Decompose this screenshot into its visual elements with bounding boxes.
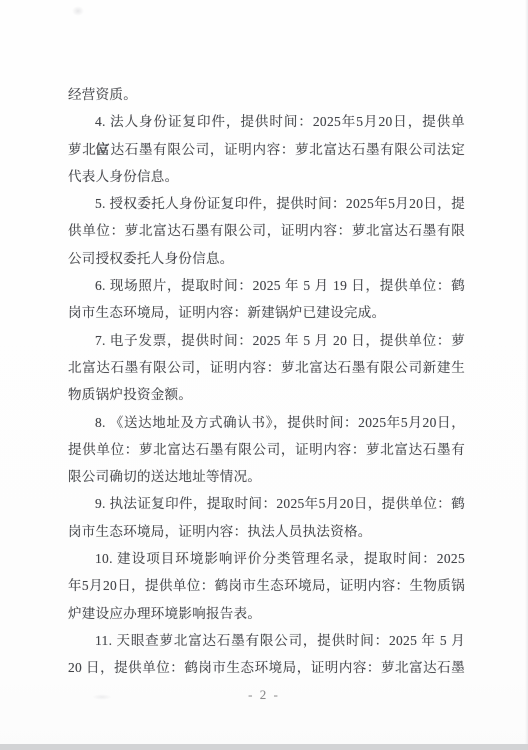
scan-artifact-top — [72, 6, 84, 16]
text-line: 提供单位：萝北富达石墨有限公司，证明内容：萝北富达石墨有 — [68, 436, 465, 463]
text-line: 炉建设应办理环境影响报告表。 — [68, 600, 465, 627]
text-line: 供单位：萝北富达石墨有限公司，证明内容：萝北富达石墨有限 — [68, 217, 465, 244]
text-line: 4. 法人身份证复印件，提供时间：2025年5月20日，提供单位： — [68, 108, 465, 135]
text-line: 5. 授权委托人身份证复印件，提供时间：2025年5月20日，提 — [68, 190, 465, 217]
text-line: 20 日，提供单位：鹤岗市生态环境局，证明内容：萝北富达石墨 — [68, 654, 465, 681]
text-line: 公司授权委托人身份信息。 — [68, 245, 465, 272]
text-line: 经营资质。 — [68, 81, 465, 108]
page-number: - 2 - — [0, 687, 528, 703]
text-line: 6. 现场照片，提取时间：2025 年 5 月 19 日，提供单位：鹤 — [68, 272, 465, 299]
text-line: 8. 《送达地址及方式确认书》，提供时间：2025年5月20日， — [68, 409, 465, 436]
scan-artifact-bottom — [92, 694, 112, 700]
text-line: 年5月20日，提供单位：鹤岗市生态环境局，证明内容：生物质锅 — [68, 572, 465, 599]
text-line: 岗市生态环境局，证明内容：执法人员执法资格。 — [68, 518, 465, 545]
scan-edge-bottom — [0, 744, 528, 750]
text-line: 9. 执法证复印件，提取时间：2025年5月20日，提供单位：鹤 — [68, 490, 465, 517]
text-line: 11. 天眼查萝北富达石墨有限公司，提供时间：2025 年 5 月 — [68, 627, 465, 654]
text-line: 岗市生态环境局，证明内容：新建锅炉已建设完成。 — [68, 299, 465, 326]
text-line: 物质锅炉投资金额。 — [68, 381, 465, 408]
text-line: 限公司确切的送达地址等情况。 — [68, 463, 465, 490]
document-text: 经营资质。4. 法人身份证复印件，提供时间：2025年5月20日，提供单位：萝北… — [68, 81, 465, 682]
text-line: 10. 建设项目环境影响评价分类管理名录，提取时间：2025 — [68, 545, 465, 572]
scanned-document-page: 经营资质。4. 法人身份证复印件，提供时间：2025年5月20日，提供单位：萝北… — [0, 0, 528, 750]
text-line: 萝北富达石墨有限公司，证明内容：萝北富达石墨有限公司法定 — [68, 136, 465, 163]
text-line: 代表人身份信息。 — [68, 163, 465, 190]
text-line: 北富达石墨有限公司，证明内容：萝北富达石墨有限公司新建生 — [68, 354, 465, 381]
text-line: 7. 电子发票，提供时间：2025 年 5 月 20 日，提供单位：萝 — [68, 327, 465, 354]
